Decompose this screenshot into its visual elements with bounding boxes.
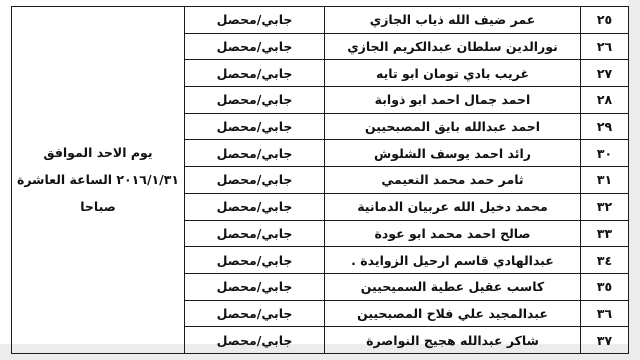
job-title: جابي/محصل: [185, 33, 325, 60]
candidate-name: غريب بادي تومان ابو تايه: [325, 60, 581, 87]
candidates-table: ٢٥ عمر ضيف الله ذياب الجازي جابي/محصل يو…: [11, 6, 629, 354]
candidate-name: عمر ضيف الله ذياب الجازي: [325, 7, 581, 34]
job-title: جابي/محصل: [185, 113, 325, 140]
row-number: ٣٥: [581, 273, 629, 300]
job-title: جابي/محصل: [185, 327, 325, 354]
row-number: ٢٥: [581, 7, 629, 34]
table-row: ٢٥ عمر ضيف الله ذياب الجازي جابي/محصل يو…: [12, 7, 629, 34]
row-number: ٣٧: [581, 327, 629, 354]
job-title: جابي/محصل: [185, 193, 325, 220]
candidate-name: صالح احمد محمد ابو عودة: [325, 220, 581, 247]
candidate-name: رائد احمد يوسف الشلوش: [325, 140, 581, 167]
candidate-name: نورالدين سلطان عبدالكريم الجازي: [325, 33, 581, 60]
row-number: ٣٣: [581, 220, 629, 247]
exam-schedule-note: يوم الاحد الموافق ٢٠١٦/١/٣١ الساعة العاش…: [12, 7, 185, 354]
row-number: ٣٢: [581, 193, 629, 220]
candidate-name: ثامر حمد محمد النعيمي: [325, 167, 581, 194]
job-title: جابي/محصل: [185, 167, 325, 194]
row-number: ٣١: [581, 167, 629, 194]
row-number: ٢٩: [581, 113, 629, 140]
job-title: جابي/محصل: [185, 60, 325, 87]
job-title: جابي/محصل: [185, 7, 325, 34]
note-line-period: صباحا: [12, 193, 184, 220]
job-title: جابي/محصل: [185, 220, 325, 247]
row-number: ٢٦: [581, 33, 629, 60]
candidate-name: كاسب عقيل عطية السميحيين: [325, 273, 581, 300]
note-line-date-time: ٢٠١٦/١/٣١ الساعة العاشرة: [12, 166, 184, 193]
candidate-name: احمد عبدالله بايق المصبحيين: [325, 113, 581, 140]
row-number: ٣٤: [581, 247, 629, 274]
row-number: ٢٧: [581, 60, 629, 87]
candidate-name: محمد دخيل الله عربيان الدمانية: [325, 193, 581, 220]
job-title: جابي/محصل: [185, 300, 325, 327]
candidate-name: عبدالمجيد علي فلاح المصبحيين: [325, 300, 581, 327]
job-title: جابي/محصل: [185, 247, 325, 274]
candidate-name: احمد جمال احمد ابو ذوابة: [325, 87, 581, 114]
candidate-name: شاكر عبدالله هجيج النواصرة: [325, 327, 581, 354]
row-number: ٣٠: [581, 140, 629, 167]
candidate-name: عبدالهادي قاسم ارحيل الزوايدة .: [325, 247, 581, 274]
row-number: ٢٨: [581, 87, 629, 114]
row-number: ٣٦: [581, 300, 629, 327]
job-title: جابي/محصل: [185, 140, 325, 167]
document-page: ٢٥ عمر ضيف الله ذياب الجازي جابي/محصل يو…: [0, 0, 628, 344]
job-title: جابي/محصل: [185, 87, 325, 114]
job-title: جابي/محصل: [185, 273, 325, 300]
note-line-day: يوم الاحد الموافق: [12, 139, 184, 166]
